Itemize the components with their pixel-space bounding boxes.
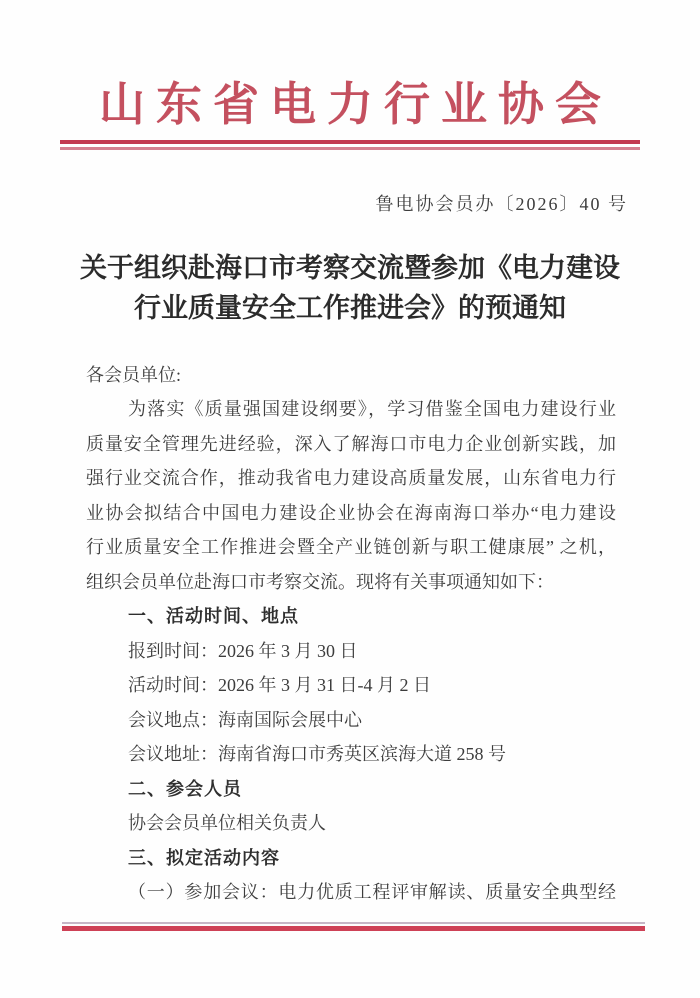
paragraph-line-1: 为落实《质量强国建设纲要》，学习借鉴全国电力建设行业 bbox=[86, 392, 616, 427]
detail-meeting-address: 会议地址：海南省海口市秀英区滨海大道 258 号 bbox=[86, 737, 616, 772]
detail-checkin-time: 报到时间：2026 年 3 月 30 日 bbox=[86, 634, 616, 669]
section-heading-planned-content: 三、拟定活动内容 bbox=[86, 841, 616, 876]
org-name-header: 山东省电力行业协会 bbox=[0, 80, 700, 131]
bottom-separator-light-line bbox=[62, 922, 645, 924]
document-page: 山东省电力行业协会 鲁电协会员办〔2026〕40 号 关于组织赴海口市考察交流暨… bbox=[0, 0, 700, 998]
paragraph-line-5: 行业质量安全工作推进会暨全产业链创新与职工健康展” 之机， bbox=[86, 530, 616, 565]
document-title-line2: 行业质量安全工作推进会》的预通知 bbox=[0, 288, 700, 328]
section-heading-participants: 二、参会人员 bbox=[86, 772, 616, 807]
bottom-separator-red-line bbox=[62, 926, 645, 931]
doc-number: 鲁电协会员办〔2026〕40 号 bbox=[0, 190, 700, 216]
detail-planned-content: （一）参加会议：电力优质工程评审解读、质量安全典型经 bbox=[86, 875, 616, 910]
paragraph-line-2: 质量安全管理先进经验，深入了解海口市电力企业创新实践，加 bbox=[86, 427, 616, 462]
detail-meeting-venue: 会议地点：海南国际会展中心 bbox=[86, 703, 616, 738]
paragraph-line-4: 业协会拟结合中国电力建设企业协会在海南海口举办“电力建设 bbox=[86, 496, 616, 531]
document-title-line1: 关于组织赴海口市考察交流暨参加《电力建设 bbox=[0, 248, 700, 288]
header-separator bbox=[60, 140, 640, 150]
document-title: 关于组织赴海口市考察交流暨参加《电力建设 行业质量安全工作推进会》的预通知 bbox=[0, 248, 700, 328]
detail-activity-time: 活动时间：2026 年 3 月 31 日-4 月 2 日 bbox=[86, 668, 616, 703]
document-body: 各会员单位: 为落实《质量强国建设纲要》，学习借鉴全国电力建设行业 质量安全管理… bbox=[86, 358, 616, 910]
paragraph-line-6: 组织会员单位赴海口市考察交流。现将有关事项通知如下： bbox=[86, 565, 616, 600]
red-rule-thin bbox=[60, 147, 640, 150]
detail-participants: 协会会员单位相关负责人 bbox=[86, 806, 616, 841]
paragraph-line-3: 强行业交流合作，推动我省电力建设高质量发展，山东省电力行 bbox=[86, 461, 616, 496]
salutation: 各会员单位: bbox=[86, 358, 616, 393]
section-heading-activity-time: 一、活动时间、地点 bbox=[86, 599, 616, 634]
